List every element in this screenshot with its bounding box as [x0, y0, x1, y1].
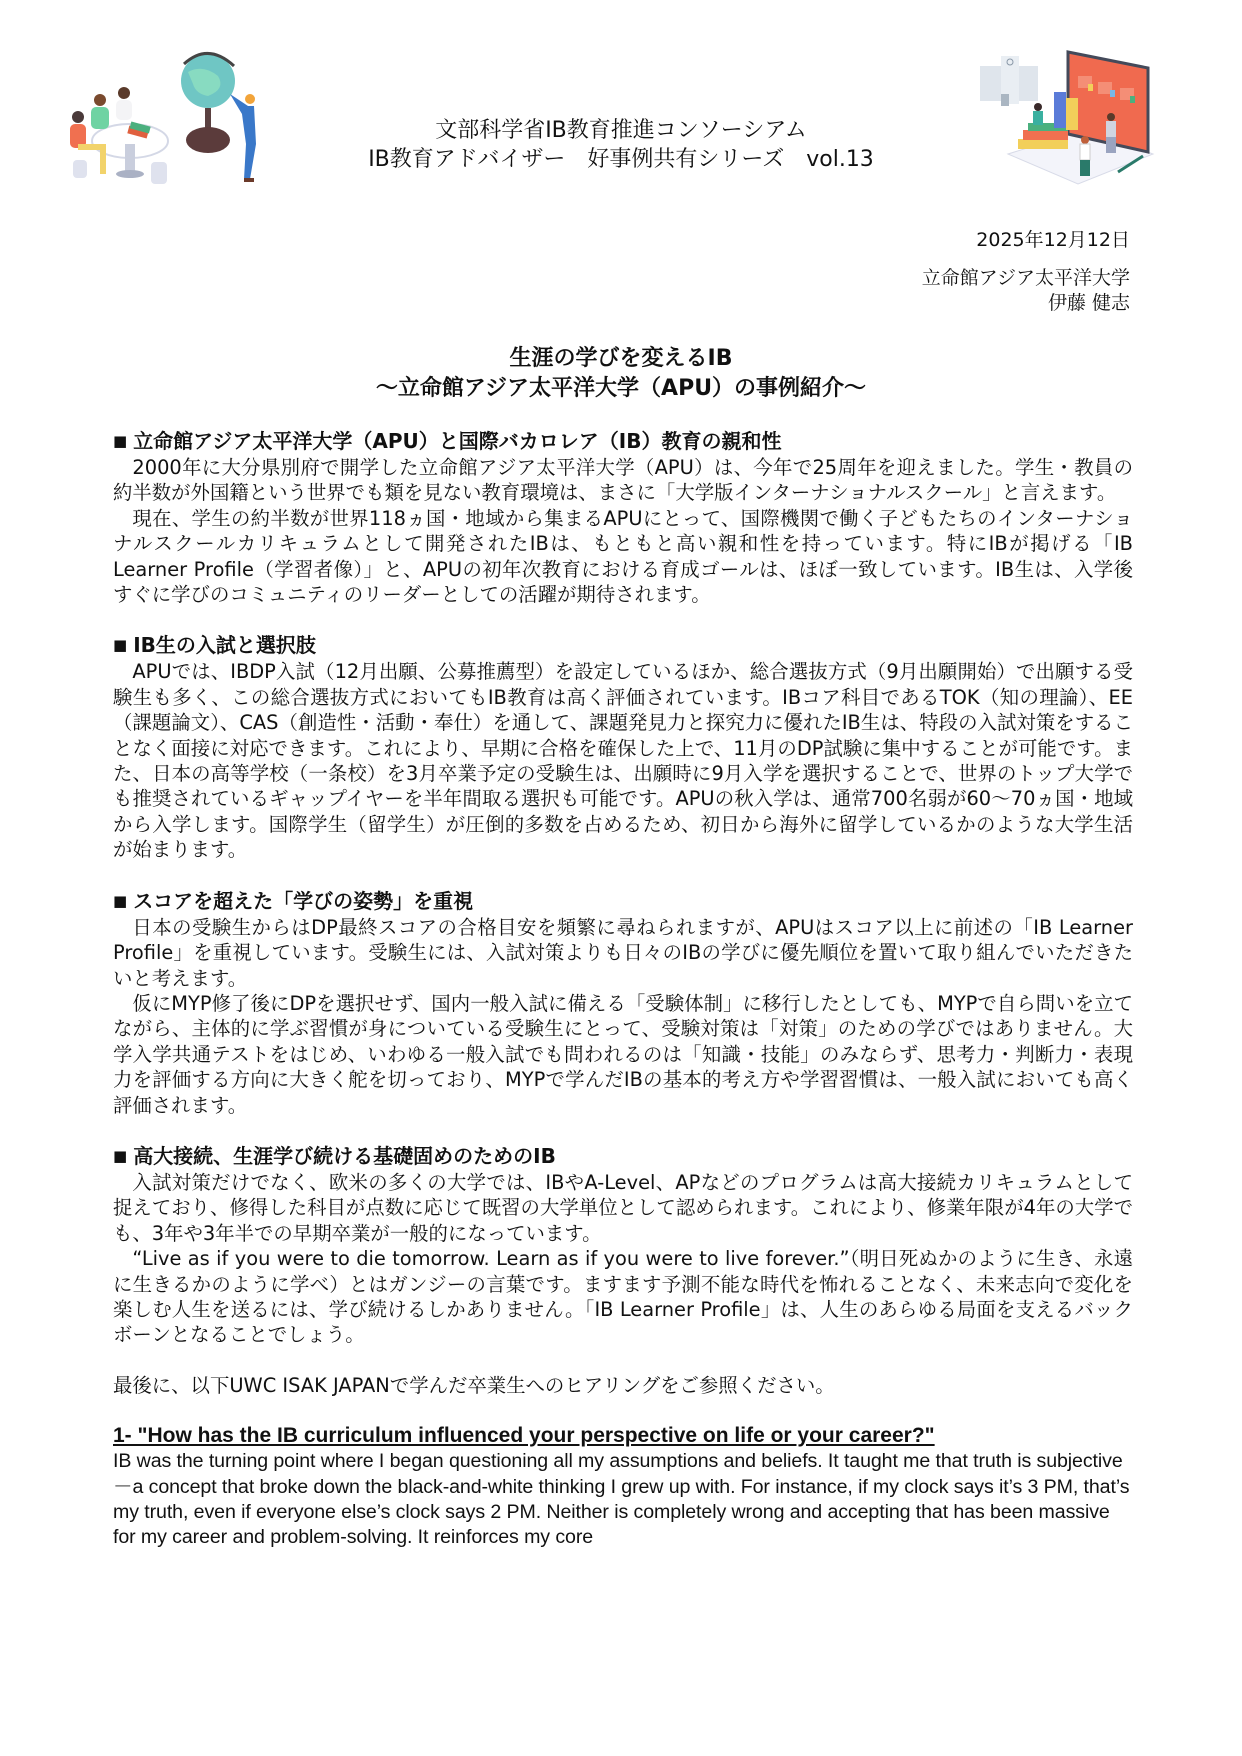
section-lifelong-learning: ■高大接続、生涯学び続ける基礎固めのためのIB 入試対策だけでなく、欧米の多くの…	[113, 1143, 1133, 1348]
document-title: 生涯の学びを変えるIB ～立命館アジア太平洋大学（APU）の事例紹介～	[0, 344, 1242, 404]
paragraph: 仮にMYP修了後にDPを選択せず、国内一般入試に備える「受験体制」に移行したとし…	[113, 991, 1133, 1118]
document-date: 2025年12月12日	[922, 228, 1130, 253]
paragraph: APUでは、IBDP入試（12月出願、公募推薦型）を設定しているほか、総合選抜方…	[113, 659, 1133, 862]
section-heading: ■IB生の入試と選択肢	[113, 632, 1133, 659]
section-heading-text: 高大接続、生涯学び続ける基礎固めのためのIB	[133, 1144, 556, 1168]
series-header: 文部科学省IB教育推進コンソーシアム IB教育アドバイザー 好事例共有シリーズ …	[0, 116, 1242, 174]
section-apu-ib-affinity: ■立命館アジア太平洋大学（APU）と国際バカロレア（IB）教育の親和性 2000…	[113, 428, 1133, 607]
square-bullet-icon: ■	[113, 1147, 127, 1165]
section-heading: ■立命館アジア太平洋大学（APU）と国際バカロレア（IB）教育の親和性	[113, 428, 1133, 455]
author-organization: 立命館アジア太平洋大学	[922, 266, 1130, 291]
consortium-title: 文部科学省IB教育推進コンソーシアム	[0, 116, 1242, 145]
section-learning-attitude: ■スコアを超えた「学びの姿勢」を重視 日本の受験生からはDP最終スコアの合格目安…	[113, 888, 1133, 1118]
paragraph: “Live as if you were to die tomorrow. Le…	[113, 1246, 1133, 1348]
interview-question: 1- "How has the IB curriculum influenced…	[113, 1423, 1133, 1449]
document-body: ■立命館アジア太平洋大学（APU）と国際バカロレア（IB）教育の親和性 2000…	[113, 428, 1133, 1551]
series-title: IB教育アドバイザー 好事例共有シリーズ vol.13	[0, 145, 1242, 174]
title-line-2: ～立命館アジア太平洋大学（APU）の事例紹介～	[0, 374, 1242, 404]
closing-note: 最後に、以下UWC ISAK JAPANで学んだ卒業生へのヒアリングをご参照くだ…	[113, 1373, 1133, 1398]
square-bullet-icon: ■	[113, 636, 127, 654]
author-name: 伊藤 健志	[922, 291, 1130, 316]
interview-answer: IB was the turning point where I began q…	[113, 1449, 1133, 1551]
section-admissions-options: ■IB生の入試と選択肢 APUでは、IBDP入試（12月出願、公募推薦型）を設定…	[113, 632, 1133, 862]
document-meta: 2025年12月12日 立命館アジア太平洋大学 伊藤 健志	[922, 228, 1130, 316]
paragraph: 現在、学生の約半数が世界118ヵ国・地域から集まるAPUにとって、国際機関で働く…	[113, 506, 1133, 608]
section-heading-text: スコアを超えた「学びの姿勢」を重視	[133, 889, 473, 913]
section-heading-text: 立命館アジア太平洋大学（APU）と国際バカロレア（IB）教育の親和性	[133, 429, 781, 453]
section-heading-text: IB生の入試と選択肢	[133, 633, 316, 657]
section-heading: ■高大接続、生涯学び続ける基礎固めのためのIB	[113, 1143, 1133, 1170]
section-heading: ■スコアを超えた「学びの姿勢」を重視	[113, 888, 1133, 915]
square-bullet-icon: ■	[113, 892, 127, 910]
paragraph: 日本の受験生からはDP最終スコアの合格目安を頻繁に尋ねられますが、APUはスコア…	[113, 915, 1133, 991]
paragraph: 2000年に大分県別府で開学した立命館アジア太平洋大学（APU）は、今年で25周…	[113, 455, 1133, 506]
title-line-1: 生涯の学びを変えるIB	[0, 344, 1242, 374]
square-bullet-icon: ■	[113, 432, 127, 450]
interview-section: 1- "How has the IB curriculum influenced…	[113, 1423, 1133, 1551]
paragraph: 入試対策だけでなく、欧米の多くの大学では、IBやA-Level、APなどのプログ…	[113, 1170, 1133, 1246]
